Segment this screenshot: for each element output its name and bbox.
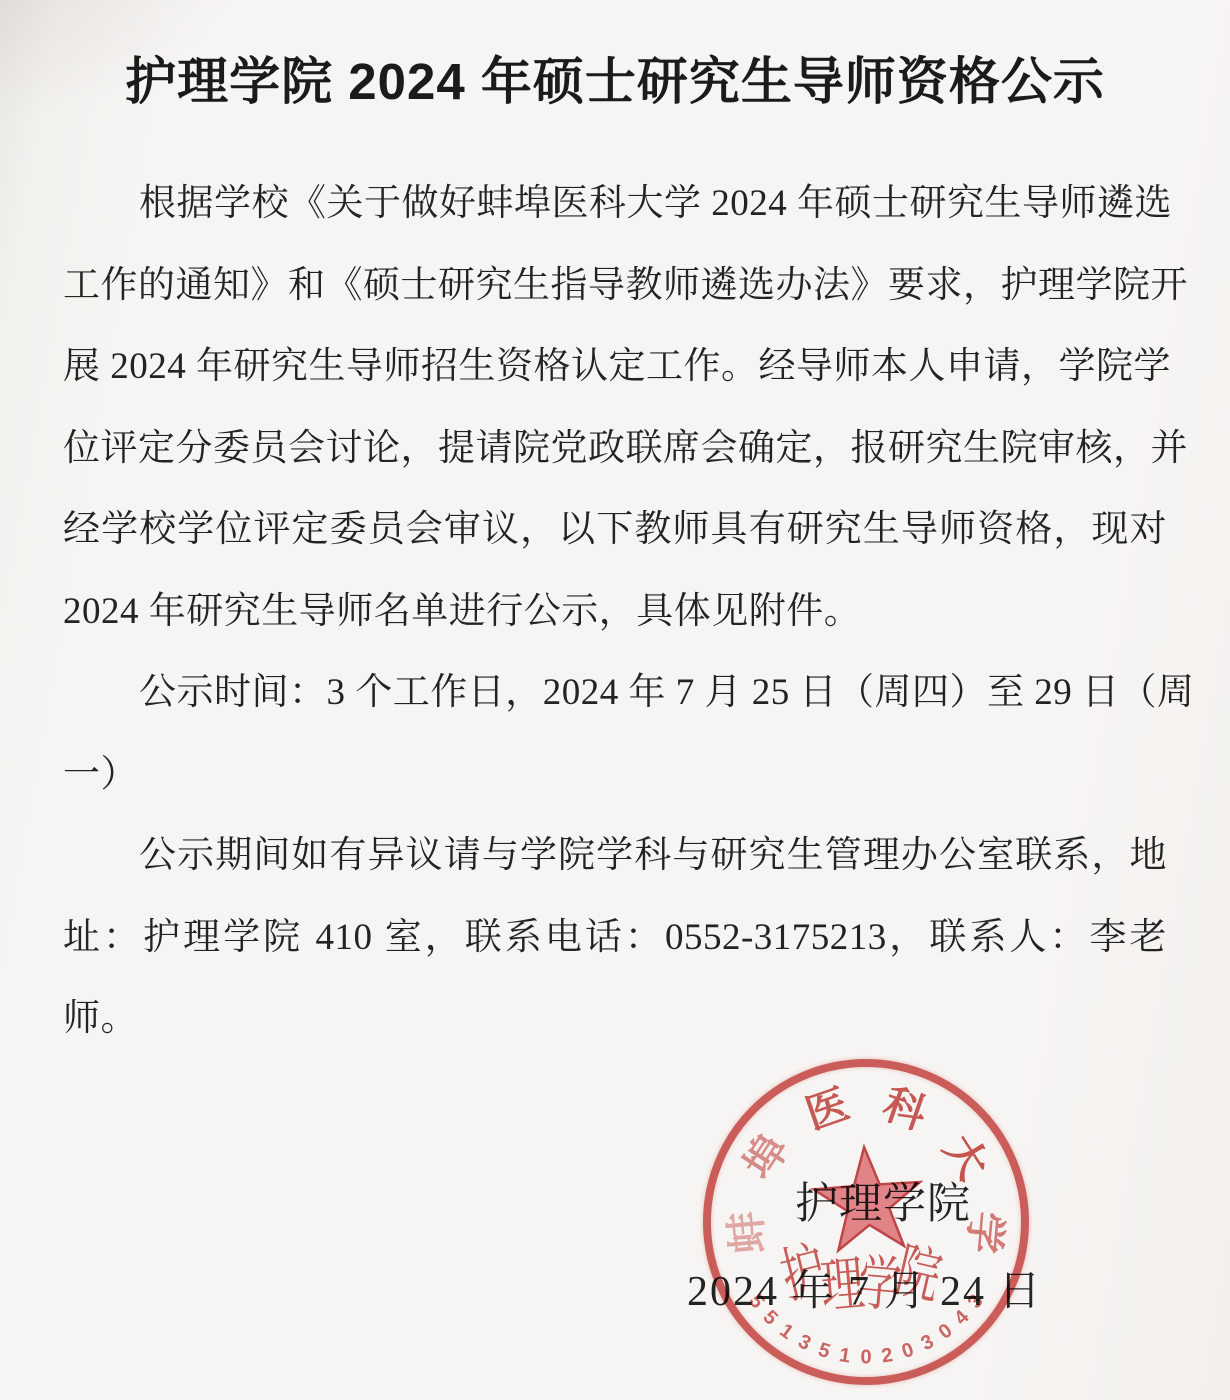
body-line: 工作的通知》和《硕士研究生指导教师遴选办法》要求，护理学院开 [63,262,1167,344]
body-line: 经学校学位评定委员会审议，以下教师具有研究生导师资格，现对 [63,506,1167,588]
body-line: 根据学校《关于做好蚌埠医科大学 2024 年硕士研究生导师遴选 [63,180,1167,262]
seal-arc-char: 蚌 [713,1209,776,1256]
body-line: 展 2024 年研究生导师招生资格认定工作。经导师本人申请，学院学 [63,343,1167,425]
document-title: 护理学院 2024 年硕士研究生导师资格公示 [0,40,1230,114]
body-line: 位评定分委员会讨论，提请院党政联席会确定，报研究生院审核，并 [63,425,1167,507]
document-body: 根据学校《关于做好蚌埠医科大学 2024 年硕士研究生导师遴选工作的通知》和《硕… [63,180,1167,1077]
official-seal: 蚌埠医科大学 护理学院 3403020153155 [703,1059,1029,1385]
seal-serial-digit: 0 [860,1347,871,1370]
body-line: 公示期间如有异议请与学院学科与研究生管理办公室联系，地 [63,832,1167,914]
seal-arc-char: 学 [956,1209,1019,1256]
body-line: 一） [63,751,1167,833]
document-page: 护理学院 2024 年硕士研究生导师资格公示 根据学校《关于做好蚌埠医科大学 2… [0,0,1230,1400]
body-line: 址：护理学院 410 室，联系电话：0552-3175213，联系人：李老 [63,914,1167,996]
body-line: 2024 年研究生导师名单进行公示，具体见附件。 [63,588,1167,670]
body-line: 公示时间：3 个工作日，2024 年 7 月 25 日（周四）至 29 日（周 [63,669,1167,751]
